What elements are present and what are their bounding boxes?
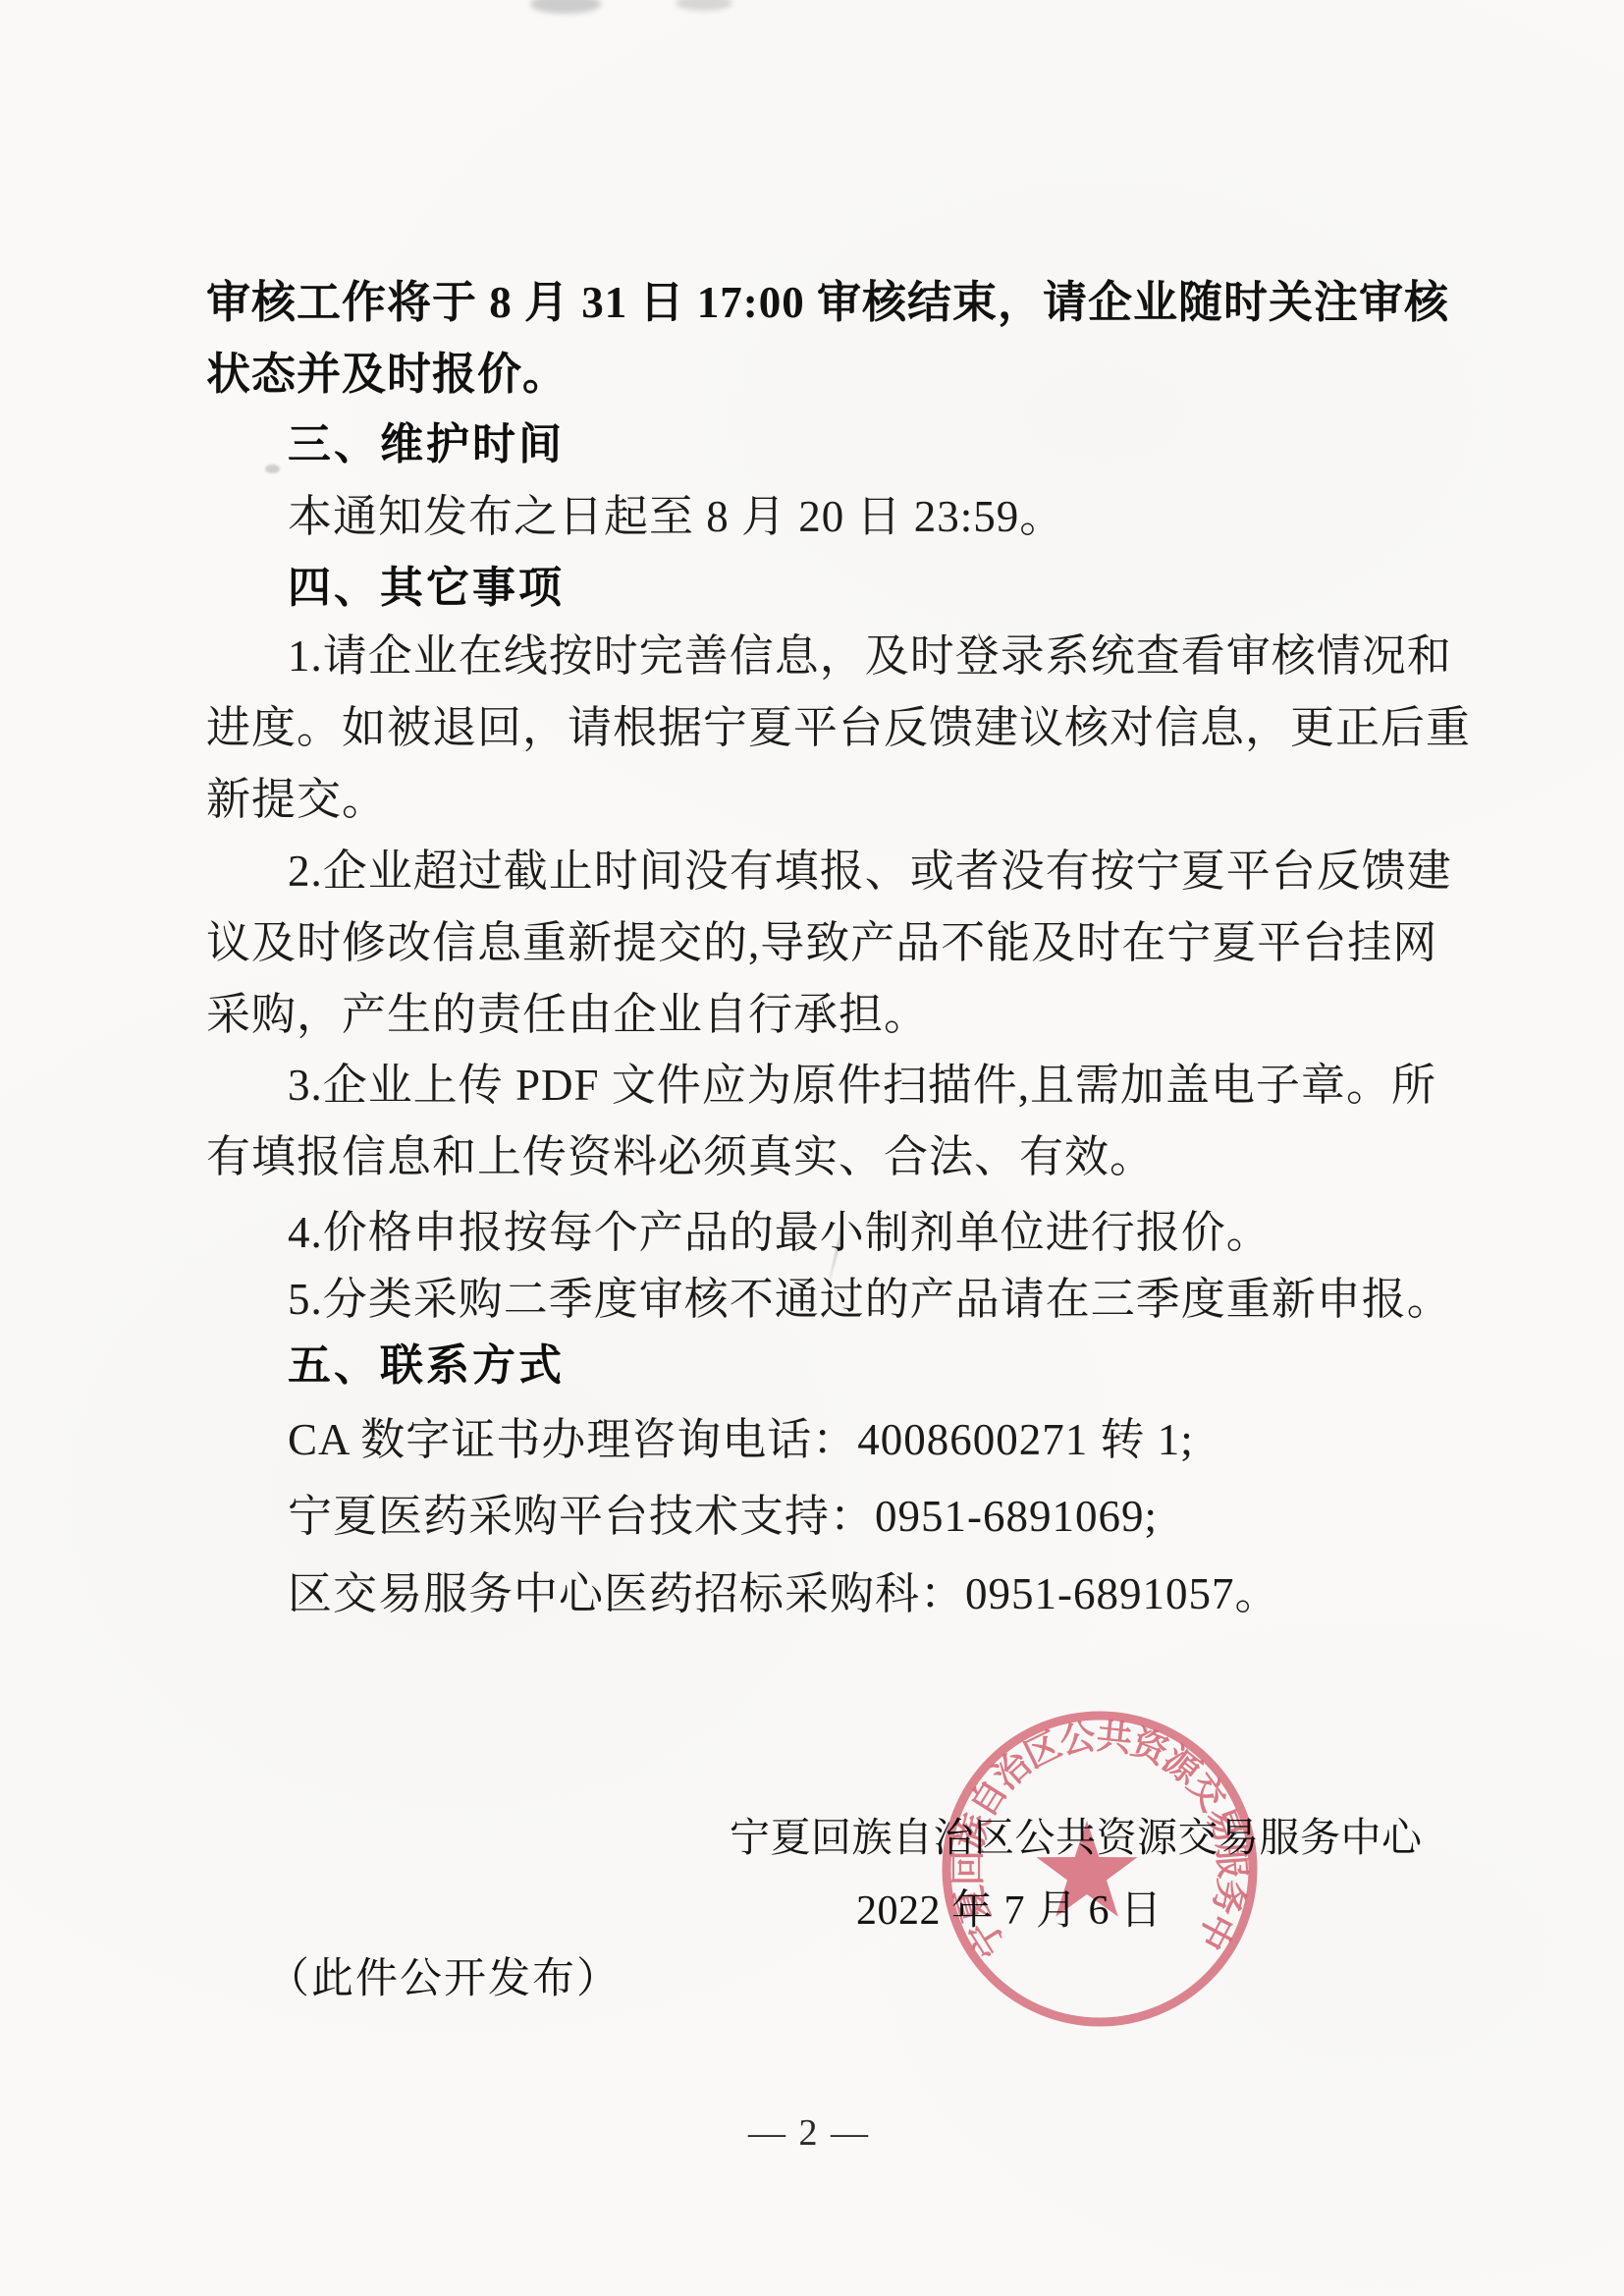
scan-smudge (530, 0, 601, 14)
body-line-item2-a: 2.企业超过截止时间没有填报、或者没有按宁夏平台反馈建 (288, 847, 1452, 898)
body-line-item2-b: 议及时修改信息重新提交的,导致产品不能及时在宁夏平台挂网 (206, 918, 1437, 969)
body-line-item4: 4.价格申报按每个产品的最小制剂单位进行报价。 (288, 1208, 1272, 1259)
body-line-contact-center: 区交易服务中心医药招标采购科：0951-6891057。 (288, 1569, 1280, 1620)
scan-speck (265, 465, 280, 473)
section-heading-3: 三、维护时间 (288, 420, 565, 470)
section-heading-5: 五、联系方式 (288, 1341, 565, 1392)
body-line-item3-b: 有填报信息和上传资料必须真实、合法、有效。 (206, 1132, 1155, 1183)
body-line-item3-a: 3.企业上传 PDF 文件应为原件扫描件,且需加盖电子章。所 (288, 1061, 1436, 1112)
body-line-maintenance-time: 本通知发布之日起至 8 月 20 日 23:59。 (288, 492, 1064, 543)
body-line-item1-b: 进度。如被退回，请根据宁夏平台反馈建议核对信息，更正后重 (206, 703, 1471, 754)
body-line-contact-ca: CA 数字证书办理咨询电话：4008600271 转 1; (288, 1415, 1194, 1466)
body-line-continuation-2: 状态并及时报价。 (206, 350, 568, 401)
publish-note: （此件公开发布） (267, 1945, 621, 2005)
seal-star-icon (1037, 1821, 1138, 1917)
body-line-item2-c: 采购，产生的责任由企业自行承担。 (206, 990, 929, 1041)
page-number: — 2 — (748, 2111, 870, 2155)
body-line-item1-a: 1.请企业在线按时完善信息，及时登录系统查看审核情况和 (288, 631, 1452, 683)
scan-smudge (676, 0, 732, 11)
seal-arc-text: 宁夏回族自治区公共资源交易服务中心 (932, 1702, 1252, 1963)
section-heading-4: 四、其它事项 (288, 564, 565, 614)
svg-text:宁夏回族自治区公共资源交易服务中心: 宁夏回族自治区公共资源交易服务中心 (932, 1702, 1252, 1963)
body-line-contact-platform: 宁夏医药采购平台技术支持：0951-6891069; (288, 1492, 1158, 1543)
body-line-item5: 5.分类采购二季度审核不通过的产品请在三季度重新申报。 (288, 1275, 1452, 1326)
body-line-item1-c: 新提交。 (206, 775, 387, 826)
scanned-document-page: 审核工作将于 8 月 31 日 17:00 审核结束，请企业随时关注审核 状态并… (0, 0, 1624, 2296)
body-line-continuation-1: 审核工作将于 8 月 31 日 17:00 审核结束，请企业随时关注审核 (206, 278, 1449, 329)
official-seal: 宁夏回族自治区公共资源交易服务中心 (932, 1702, 1268, 2038)
